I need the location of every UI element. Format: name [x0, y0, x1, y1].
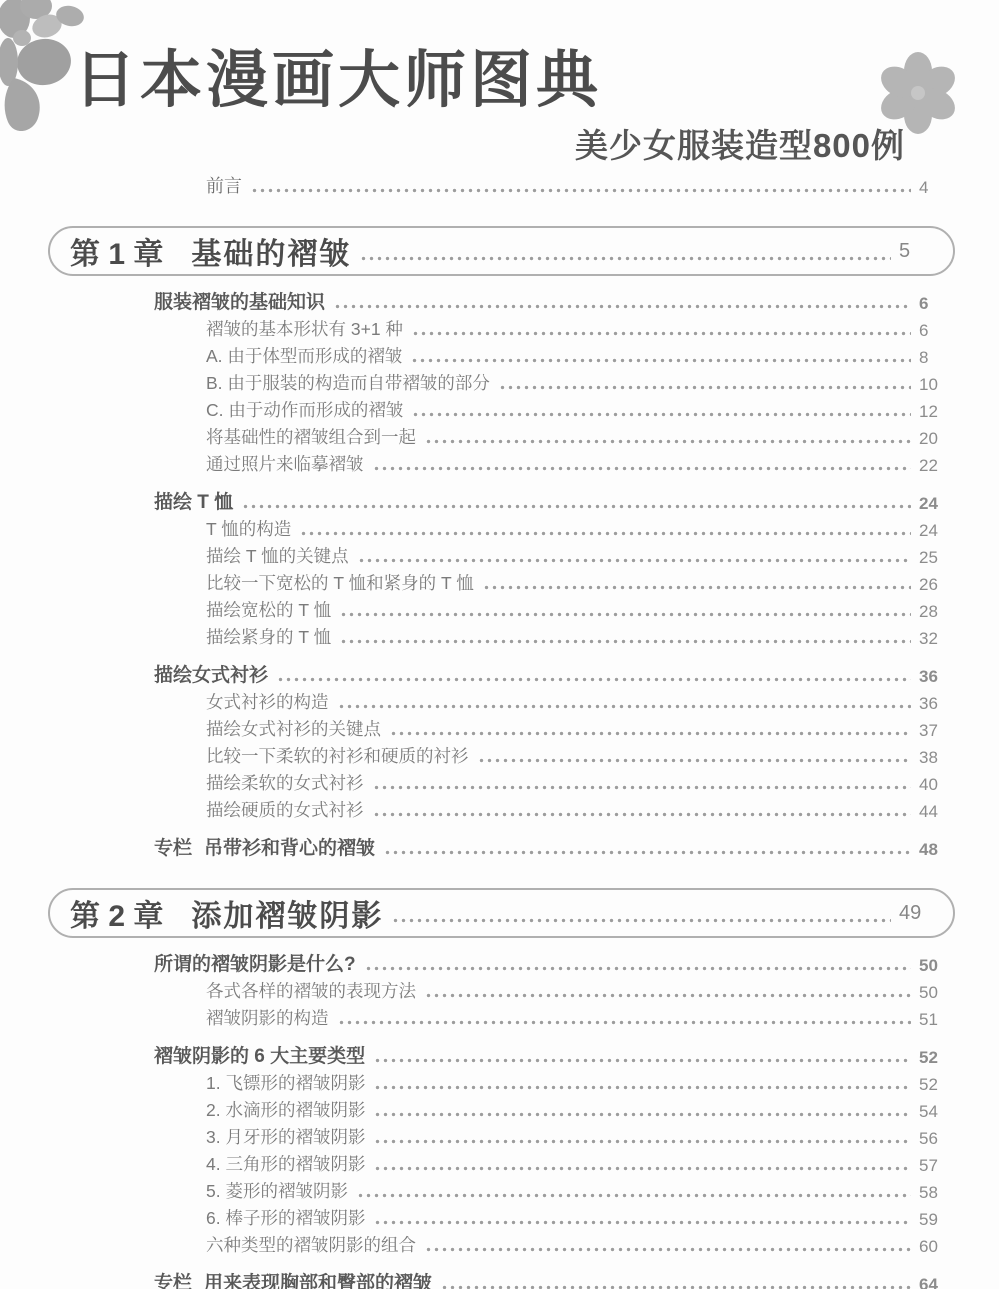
page-number: 6	[919, 322, 955, 341]
page-number: 32	[919, 630, 955, 649]
column-title: 用来表现胸部和臀部的褶皱	[204, 1268, 432, 1289]
chapter-number: 第 1 章	[70, 229, 163, 273]
toc-item-row: T 恤的构造24	[206, 514, 955, 541]
book-subtitle: 美少女服装造型800例	[575, 120, 905, 167]
toc-item-row: 描绘柔软的女式衬衫40	[206, 768, 955, 795]
toc-item-row: B. 由于服装的构造而自带褶皱的部分10	[206, 368, 955, 395]
item-title: 比较一下柔软的衬衫和硬质的衬衫	[206, 743, 469, 768]
page-number: 52	[919, 1076, 955, 1095]
dotted-leader	[361, 256, 891, 261]
dotted-leader	[426, 439, 911, 444]
item-title: 比较一下宽松的 T 恤和紧身的 T 恤	[206, 570, 474, 595]
dotted-leader	[335, 304, 911, 309]
dotted-leader	[500, 385, 911, 390]
item-title: 各式各样的褶皱的表现方法	[206, 978, 416, 1003]
page-number: 20	[919, 430, 955, 449]
column-title: 吊带衫和背心的褶皱	[204, 833, 375, 860]
page-number: 6	[919, 295, 955, 314]
page-number: 58	[919, 1184, 955, 1203]
toc-item-row: 将基础性的褶皱组合到一起20	[206, 422, 955, 449]
toc-item-row: C. 由于动作而形成的褶皱12	[206, 395, 955, 422]
toc-column-row: 专栏吊带衫和背心的褶皱48	[154, 830, 955, 860]
toc-item-row: 比较一下柔软的衬衫和硬质的衬衫38	[206, 741, 955, 768]
book-title: 日本漫画大师图典	[74, 30, 602, 119]
chapter-title: 基础的褶皱	[191, 229, 351, 273]
item-title: 描绘 T 恤的关键点	[206, 543, 349, 568]
item-title: 女式衬衫的构造	[206, 689, 329, 714]
page-header: 日本漫画大师图典 美少女服装造型800例	[0, 0, 999, 168]
item-title: A. 由于体型而形成的褶皱	[206, 343, 402, 368]
item-title: 5. 菱形的褶皱阴影	[206, 1178, 348, 1203]
chapter-number: 第 2 章	[70, 891, 163, 935]
toc-item-row: 六种类型的褶皱阴影的组合60	[206, 1230, 955, 1257]
page-number: 40	[919, 776, 955, 795]
dotted-leader	[375, 1058, 911, 1063]
toc-item-row: 1. 飞镖形的褶皱阴影52	[206, 1068, 955, 1095]
dotted-leader	[413, 331, 911, 336]
toc-item-row: 描绘女式衬衫的关键点37	[206, 714, 955, 741]
item-title: 6. 棒子形的褶皱阴影	[206, 1205, 365, 1230]
page-number: 12	[919, 403, 955, 422]
item-title: 3. 月牙形的褶皱阴影	[206, 1124, 365, 1149]
column-prefix: 专栏	[154, 1268, 192, 1289]
item-title: T 恤的构造	[206, 516, 291, 541]
item-title: 描绘硬质的女式衬衫	[206, 797, 364, 822]
toc-item-row: 女式衬衫的构造36	[206, 687, 955, 714]
chapter-heading: 第 2 章添加褶皱阴影49	[48, 888, 955, 938]
toc-section-row: 所谓的褶皱阴影是什么?50	[154, 946, 955, 976]
dotted-leader	[359, 558, 911, 563]
section-title: 所谓的褶皱阴影是什么?	[154, 949, 356, 976]
toc-item-row: 褶皱阴影的构造51	[206, 1003, 955, 1030]
item-title: 褶皱阴影的构造	[206, 1005, 329, 1030]
item-title: 2. 水滴形的褶皱阴影	[206, 1097, 365, 1122]
flower-icon	[877, 52, 959, 134]
dotted-leader	[426, 993, 911, 998]
table-of-contents: 前言 4 第 1 章基础的褶皱5服装褶皱的基础知识6褶皱的基本形状有 3+1 种…	[48, 168, 955, 1289]
dotted-leader	[341, 612, 911, 617]
page-number: 56	[919, 1130, 955, 1149]
item-title: 4. 三角形的褶皱阴影	[206, 1151, 365, 1176]
dotted-leader	[278, 677, 911, 682]
dotted-leader	[366, 966, 911, 971]
preface-label: 前言	[206, 172, 242, 198]
page-number: 22	[919, 457, 955, 476]
page-number: 50	[919, 984, 955, 1003]
dotted-leader	[374, 466, 912, 471]
dotted-leader	[375, 1166, 911, 1171]
dotted-leader	[243, 504, 911, 509]
toc-item-row: 通过照片来临摹褶皱22	[206, 449, 955, 476]
page-number: 25	[919, 549, 955, 568]
toc-item-row: 2. 水滴形的褶皱阴影54	[206, 1095, 955, 1122]
toc-item-row: 褶皱的基本形状有 3+1 种6	[206, 314, 955, 341]
page-number: 59	[919, 1211, 955, 1230]
page-number: 51	[919, 1011, 955, 1030]
dotted-leader	[358, 1193, 911, 1198]
dotted-leader	[374, 785, 912, 790]
item-title: 描绘柔软的女式衬衫	[206, 770, 364, 795]
page-number: 60	[919, 1238, 955, 1257]
dotted-leader	[375, 1220, 911, 1225]
dotted-leader	[374, 812, 912, 817]
toc-item-row: 3. 月牙形的褶皱阴影56	[206, 1122, 955, 1149]
section-title: 服装褶皱的基础知识	[154, 287, 325, 314]
page-number: 24	[919, 495, 955, 514]
dotted-leader	[341, 639, 911, 644]
page-number: 37	[919, 722, 955, 741]
page-number: 50	[919, 957, 955, 976]
toc-item-row: 6. 棒子形的褶皱阴影59	[206, 1203, 955, 1230]
chapter-title: 添加褶皱阴影	[191, 891, 383, 935]
item-title: 描绘女式衬衫的关键点	[206, 716, 381, 741]
item-title: 1. 飞镖形的褶皱阴影	[206, 1070, 365, 1095]
toc-column-row: 专栏用来表现胸部和臀部的褶皱64	[154, 1265, 955, 1289]
page-number: 26	[919, 576, 955, 595]
toc-item-row: 比较一下宽松的 T 恤和紧身的 T 恤26	[206, 568, 955, 595]
dotted-leader	[484, 585, 911, 590]
toc-item-row: 描绘宽松的 T 恤28	[206, 595, 955, 622]
section-title: 描绘女式衬衫	[154, 660, 268, 687]
page-number: 54	[919, 1103, 955, 1122]
dotted-leader	[301, 531, 911, 536]
toc-item-row: 描绘 T 恤的关键点25	[206, 541, 955, 568]
chapter-heading: 第 1 章基础的褶皱5	[48, 226, 955, 276]
page-number: 5	[899, 241, 931, 261]
toc-item-row: 4. 三角形的褶皱阴影57	[206, 1149, 955, 1176]
dotted-leader	[375, 1139, 911, 1144]
toc-preface-row: 前言 4	[206, 168, 955, 198]
page-number: 4	[919, 179, 955, 198]
dotted-leader	[375, 1085, 911, 1090]
item-title: 褶皱的基本形状有 3+1 种	[206, 316, 403, 341]
item-title: 将基础性的褶皱组合到一起	[206, 424, 416, 449]
dotted-leader	[385, 850, 911, 855]
page-number: 24	[919, 522, 955, 541]
item-title: 通过照片来临摹褶皱	[206, 451, 364, 476]
dotted-leader	[252, 188, 911, 193]
page-number: 52	[919, 1049, 955, 1068]
toc-section-row: 描绘 T 恤24	[154, 484, 955, 514]
item-title: 描绘宽松的 T 恤	[206, 597, 331, 622]
page-number: 8	[919, 349, 955, 368]
dotted-leader	[442, 1285, 911, 1289]
dotted-leader	[339, 704, 912, 709]
page-number: 48	[919, 841, 955, 860]
toc-item-row: 各式各样的褶皱的表现方法50	[206, 976, 955, 1003]
dotted-leader	[412, 358, 911, 363]
dotted-leader	[339, 1020, 912, 1025]
item-title: 六种类型的褶皱阴影的组合	[206, 1232, 416, 1257]
section-title: 描绘 T 恤	[154, 487, 233, 514]
dotted-leader	[393, 918, 891, 923]
page-number: 36	[919, 695, 955, 714]
toc-chapters: 第 1 章基础的褶皱5服装褶皱的基础知识6褶皱的基本形状有 3+1 种6A. 由…	[48, 226, 955, 1289]
page-number: 28	[919, 603, 955, 622]
page-number: 64	[919, 1276, 955, 1289]
page-number: 36	[919, 668, 955, 687]
dotted-leader	[479, 758, 912, 763]
dotted-leader	[391, 731, 911, 736]
page-number: 38	[919, 749, 955, 768]
section-title: 褶皱阴影的 6 大主要类型	[154, 1041, 365, 1068]
toc-item-row: 描绘紧身的 T 恤32	[206, 622, 955, 649]
dotted-leader	[375, 1112, 911, 1117]
page-number: 10	[919, 376, 955, 395]
column-prefix: 专栏	[154, 833, 192, 860]
page-number: 57	[919, 1157, 955, 1176]
toc-item-row: A. 由于体型而形成的褶皱8	[206, 341, 955, 368]
dotted-leader	[426, 1247, 911, 1252]
item-title: 描绘紧身的 T 恤	[206, 624, 331, 649]
toc-item-row: 5. 菱形的褶皱阴影58	[206, 1176, 955, 1203]
page-number: 44	[919, 803, 955, 822]
dotted-leader	[413, 412, 911, 417]
toc-section-row: 服装褶皱的基础知识6	[154, 284, 955, 314]
toc-item-row: 描绘硬质的女式衬衫44	[206, 795, 955, 822]
item-title: C. 由于动作而形成的褶皱	[206, 397, 403, 422]
item-title: B. 由于服装的构造而自带褶皱的部分	[206, 370, 490, 395]
toc-section-row: 褶皱阴影的 6 大主要类型52	[154, 1038, 955, 1068]
page-number: 49	[899, 903, 931, 923]
toc-section-row: 描绘女式衬衫36	[154, 657, 955, 687]
